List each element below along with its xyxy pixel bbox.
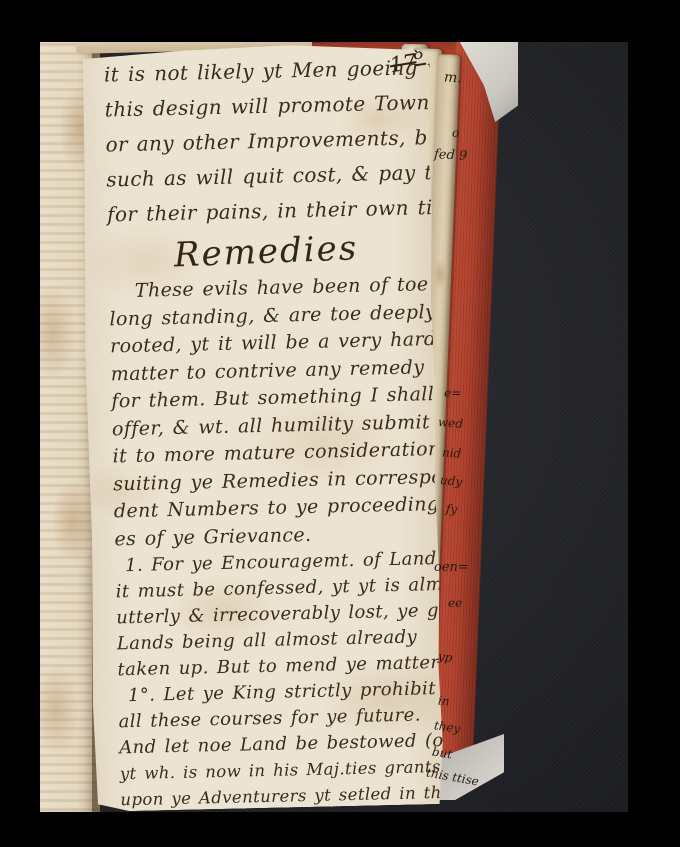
- photograph-background: 178 it is not likely yt Men goeing w. th…: [40, 42, 628, 812]
- manuscript-page: 178 it is not likely yt Men goeing w. th…: [77, 42, 446, 812]
- photo-frame: 178 it is not likely yt Men goeing w. th…: [0, 0, 680, 847]
- manuscript-text: it is not likely yt Men goeing w. this d…: [104, 50, 437, 812]
